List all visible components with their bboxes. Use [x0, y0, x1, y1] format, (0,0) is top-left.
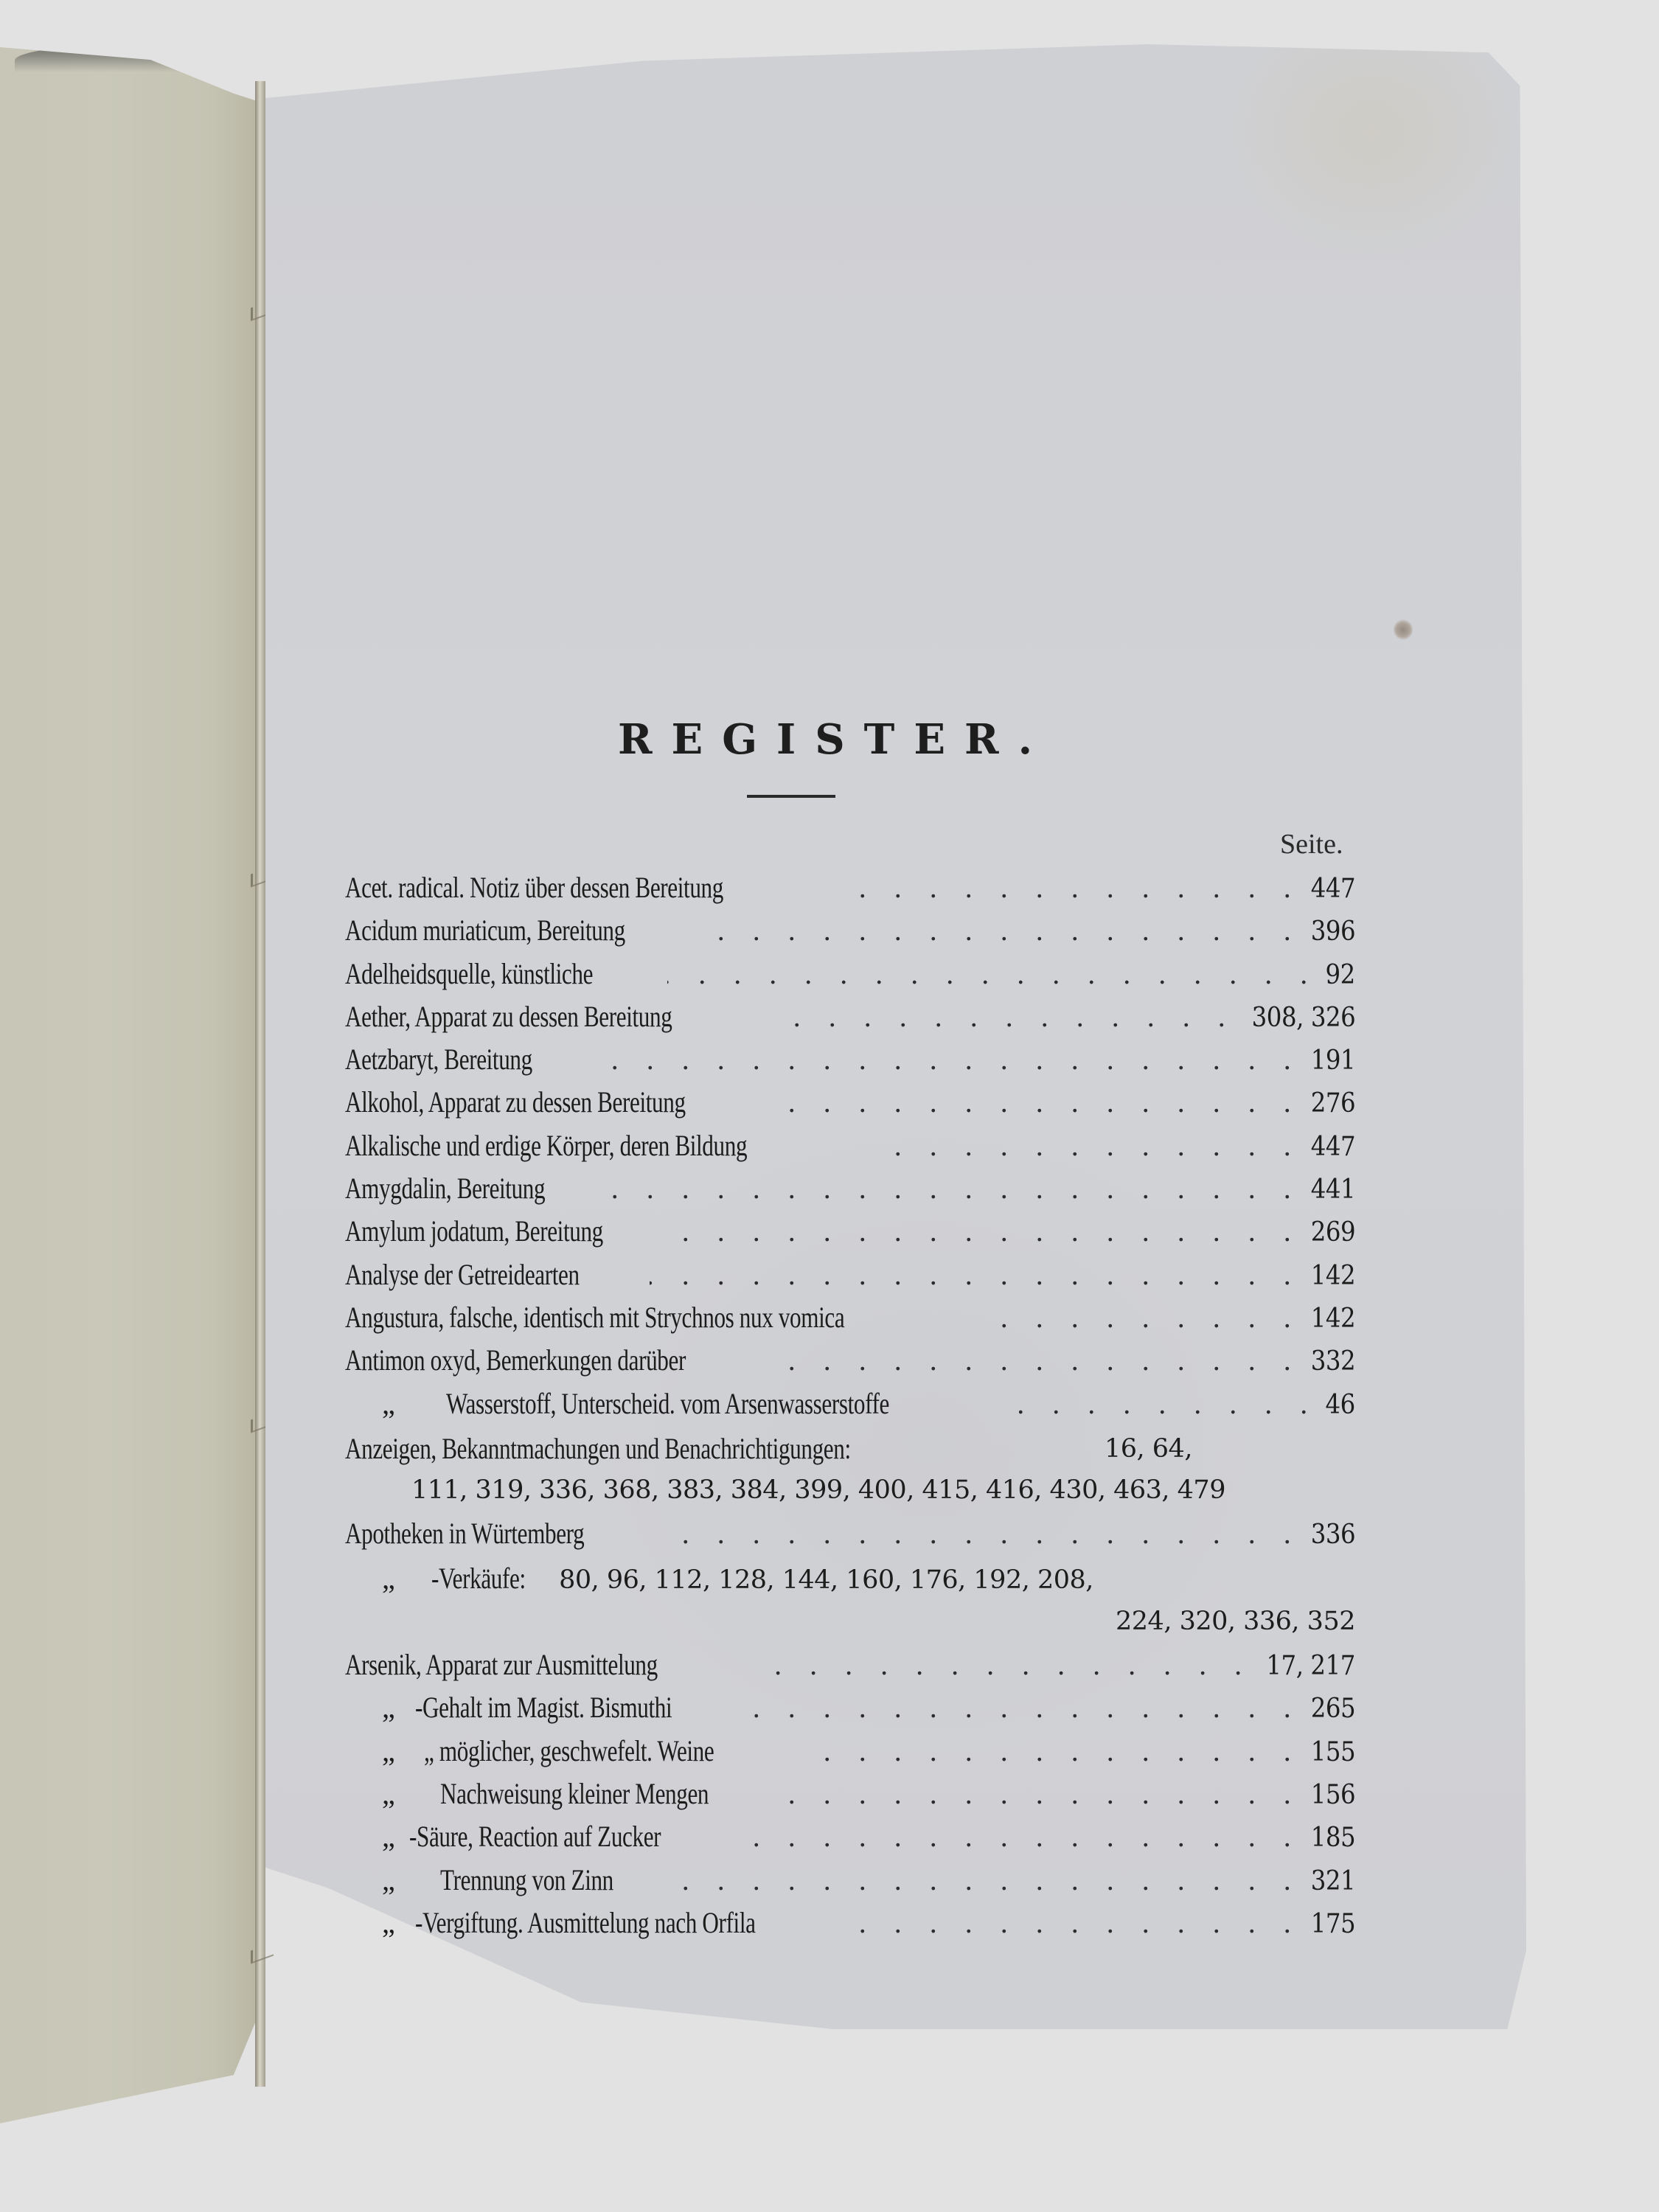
- dot-leader: . . . . . . . . . . . . . . . . . . . . …: [589, 1042, 1301, 1077]
- index-subentry: „ -Vergiftung. Ausmittelung nach Orfila …: [345, 1905, 1355, 1948]
- entry-label: Acet. radical. Notiz über dessen Bereitu…: [345, 870, 723, 905]
- entry-page-number: 265: [1311, 1694, 1355, 1724]
- entry-label: -Gehalt im Magist. Bismuthi: [415, 1690, 672, 1725]
- ditto-mark: „: [382, 1819, 394, 1854]
- entry-label: Aether, Apparat zu dessen Bereitung: [345, 999, 672, 1034]
- entry-label: -Säure, Reaction auf Zucker: [409, 1819, 661, 1854]
- dot-leader: . . . . . . . . . . . . . . . . . . . . …: [835, 870, 1301, 905]
- index-entry: Antimon oxyd, Bemerkungen darüber . . . …: [345, 1343, 1355, 1385]
- entry-page-number: 142: [1311, 1261, 1355, 1291]
- page-column-header: Seite.: [1280, 826, 1343, 863]
- entry-label: Acidum muriaticum, Bereitung: [345, 913, 625, 947]
- dot-leader: . . . . . . . . . . . . . . . . . . . . …: [656, 1516, 1301, 1551]
- dot-leader: . . . . . . . . . . . . . . . . . . . . …: [667, 956, 1318, 991]
- index-entry: Acidum muriaticum, Bereitung . . . . . .…: [345, 913, 1355, 956]
- title-divider-rule: [747, 795, 835, 798]
- entry-line: 224, 320, 336, 352: [345, 1600, 1355, 1641]
- book-headband: [15, 43, 258, 72]
- dot-leader: . . . . . . . . . . . . . . . . . . . . …: [737, 1819, 1301, 1854]
- entry-page-numbers: 80, 96, 112, 128, 144, 160, 176, 192, 20…: [559, 1565, 1093, 1595]
- dot-leader: . . . . . . . . . . . . . . . . . . . . …: [709, 913, 1301, 947]
- index-subentry-verkaeufe: „ -Verkäufe: 80, 96, 112, 128, 144, 160,…: [345, 1559, 1355, 1647]
- dot-leader: . . . . . . . . . . . . . . . . . . . . …: [786, 1343, 1301, 1377]
- dot-leader: . . . . . . . . . . . . . . . . . . . . …: [865, 1128, 1301, 1163]
- entry-label: -Verkäufe:: [431, 1559, 526, 1599]
- ditto-mark: „: [382, 1386, 394, 1421]
- entry-page-number: 191: [1311, 1046, 1355, 1076]
- entry-label: „ möglicher, geschwefelt. Weine: [424, 1733, 714, 1768]
- index-entry: Apotheken in Würtemberg . . . . . . . . …: [345, 1516, 1355, 1559]
- index-entry: Aether, Apparat zu dessen Bereitung . . …: [345, 999, 1355, 1042]
- entry-page-number: 276: [1311, 1088, 1355, 1119]
- dot-leader: . . . . . . . . . . . . . . . . . . . . …: [749, 1690, 1301, 1725]
- dot-leader: . . . . . . . . . . . . . . . . . . . . …: [990, 1300, 1301, 1335]
- entry-label: Alkalische und erdige Körper, deren Bild…: [345, 1128, 747, 1163]
- entry-label: Apotheken in Würtemberg: [345, 1516, 584, 1551]
- entry-page-number: 308, 326: [1251, 1003, 1355, 1033]
- entry-label: Nachweisung kleiner Mengen: [440, 1776, 709, 1811]
- index-entries: Acet. radical. Notiz über dessen Bereitu…: [345, 870, 1355, 1948]
- ditto-mark: „: [382, 1776, 394, 1811]
- entry-page-number: 185: [1311, 1823, 1355, 1853]
- dot-leader: . . . . . . . . . . . . . . . . . . . . …: [750, 1647, 1252, 1682]
- dot-leader: . . . . . . . . . . . . . . . . . . . . …: [606, 1171, 1301, 1206]
- index-subentry: „ Trennung von Zinn . . . . . . . . . . …: [345, 1863, 1355, 1905]
- entry-label: Amylum jodatum, Bereitung: [345, 1214, 603, 1248]
- entry-page-number: 447: [1311, 874, 1355, 904]
- index-entry: Alkalische und erdige Körper, deren Bild…: [345, 1128, 1355, 1171]
- entry-page-number: 142: [1311, 1304, 1355, 1334]
- entry-page-numbers: 16, 64,: [1105, 1429, 1192, 1469]
- entry-label: Arsenik, Apparat zur Ausmittelung: [345, 1647, 658, 1682]
- dot-leader: . . . . . . . . . . . . . . . . . . . . …: [667, 1863, 1301, 1897]
- entry-label: Analyse der Getreidearten: [345, 1257, 580, 1292]
- entry-page-numbers: 111, 319, 336, 368, 383, 384, 399, 400, …: [411, 1475, 1225, 1505]
- index-entry: Amylum jodatum, Bereitung . . . . . . . …: [345, 1214, 1355, 1256]
- index-subentry: „ -Gehalt im Magist. Bismuthi . . . . . …: [345, 1690, 1355, 1733]
- entry-page-number: 46: [1326, 1390, 1355, 1420]
- index-entry: Analyse der Getreidearten . . . . . . . …: [345, 1257, 1355, 1300]
- index-subentry: „ Nachweisung kleiner Mengen . . . . . .…: [345, 1776, 1355, 1819]
- index-entry: Alkohol, Apparat zu dessen Bereitung . .…: [345, 1085, 1355, 1127]
- ditto-mark: „: [382, 1863, 394, 1897]
- entry-page-numbers: 224, 320, 336, 352: [1116, 1607, 1355, 1636]
- entry-line: „ -Verkäufe: 80, 96, 112, 128, 144, 160,…: [345, 1559, 1355, 1600]
- ditto-mark: „: [382, 1905, 394, 1940]
- entry-page-number: 332: [1311, 1346, 1355, 1377]
- dot-leader: . . . . . . . . . . . . . . . . . . . . …: [650, 1257, 1301, 1292]
- index-entry-anzeigen: Anzeigen, Bekanntmachungen und Benachric…: [345, 1429, 1355, 1516]
- index-entry: Adelheidsquelle, künstliche . . . . . . …: [345, 956, 1355, 999]
- entry-label: Adelheidsquelle, künstliche: [345, 956, 593, 991]
- entry-label: Alkohol, Apparat zu dessen Bereitung: [345, 1085, 686, 1119]
- index-entry: Angustura, falsche, identisch mit Strych…: [345, 1300, 1355, 1343]
- page-title: REGISTER.: [618, 714, 1051, 765]
- book-gutter: [255, 81, 265, 2087]
- ditto-mark: „: [382, 1733, 394, 1768]
- entry-page-number: 17, 217: [1266, 1651, 1355, 1681]
- index-entry: Acet. radical. Notiz über dessen Bereitu…: [345, 870, 1355, 913]
- dot-leader: . . . . . . . . . . . . . . . . . . . . …: [1019, 1386, 1318, 1421]
- index-subentry: „ Wasserstoff, Unterscheid. vom Arsenwas…: [345, 1386, 1355, 1429]
- ditto-mark: „: [382, 1690, 394, 1725]
- entry-page-number: 396: [1311, 917, 1355, 947]
- entry-page-number: 321: [1311, 1866, 1355, 1896]
- paper-stain: [1394, 619, 1413, 640]
- index-entry: Amygdalin, Bereitung . . . . . . . . . .…: [345, 1171, 1355, 1214]
- entry-page-number: 441: [1311, 1175, 1355, 1205]
- entry-line: 111, 319, 336, 368, 383, 384, 399, 400, …: [345, 1469, 1355, 1510]
- index-subentry: „ -Säure, Reaction auf Zucker . . . . . …: [345, 1819, 1355, 1862]
- index-entry: Arsenik, Apparat zur Ausmittelung . . . …: [345, 1647, 1355, 1690]
- dot-leader: . . . . . . . . . . . . . . . . . . . . …: [801, 1733, 1301, 1768]
- entry-label: Antimon oxyd, Bemerkungen darüber: [345, 1343, 686, 1377]
- entry-page-number: 175: [1311, 1909, 1355, 1939]
- entry-page-number: 447: [1311, 1132, 1355, 1162]
- entry-label: -Vergiftung. Ausmittelung nach Orfila: [415, 1905, 756, 1940]
- dot-leader: . . . . . . . . . . . . . . . . . . . . …: [768, 999, 1235, 1034]
- entry-page-number: 336: [1311, 1520, 1355, 1550]
- entry-page-number: 155: [1311, 1737, 1355, 1767]
- entry-label: Aetzbaryt, Bereitung: [345, 1042, 532, 1077]
- entry-page-number: 92: [1326, 960, 1355, 990]
- entry-label: Trennung von Zinn: [440, 1863, 613, 1897]
- entry-page-number: 269: [1311, 1217, 1355, 1248]
- entry-label: Anzeigen, Bekanntmachungen und Benachric…: [345, 1429, 851, 1469]
- entry-page-number: 156: [1311, 1780, 1355, 1810]
- entry-line: Anzeigen, Bekanntmachungen und Benachric…: [345, 1429, 1355, 1469]
- left-facing-page: [0, 47, 260, 2149]
- ditto-mark: „: [382, 1562, 394, 1595]
- entry-label: Angustura, falsche, identisch mit Strych…: [345, 1300, 844, 1335]
- index-entry: Aetzbaryt, Bereitung . . . . . . . . . .…: [345, 1042, 1355, 1085]
- entry-label: Amygdalin, Bereitung: [345, 1171, 545, 1206]
- dot-leader: . . . . . . . . . . . . . . . . . . . . …: [856, 1905, 1301, 1940]
- entry-label: Wasserstoff, Unterscheid. vom Arsenwasse…: [446, 1386, 889, 1421]
- index-subentry: „ „ möglicher, geschwefelt. Weine . . . …: [345, 1733, 1355, 1776]
- dot-leader: . . . . . . . . . . . . . . . . . . . . …: [789, 1776, 1301, 1811]
- dot-leader: . . . . . . . . . . . . . . . . . . . . …: [786, 1085, 1301, 1119]
- dot-leader: . . . . . . . . . . . . . . . . . . . . …: [681, 1214, 1301, 1248]
